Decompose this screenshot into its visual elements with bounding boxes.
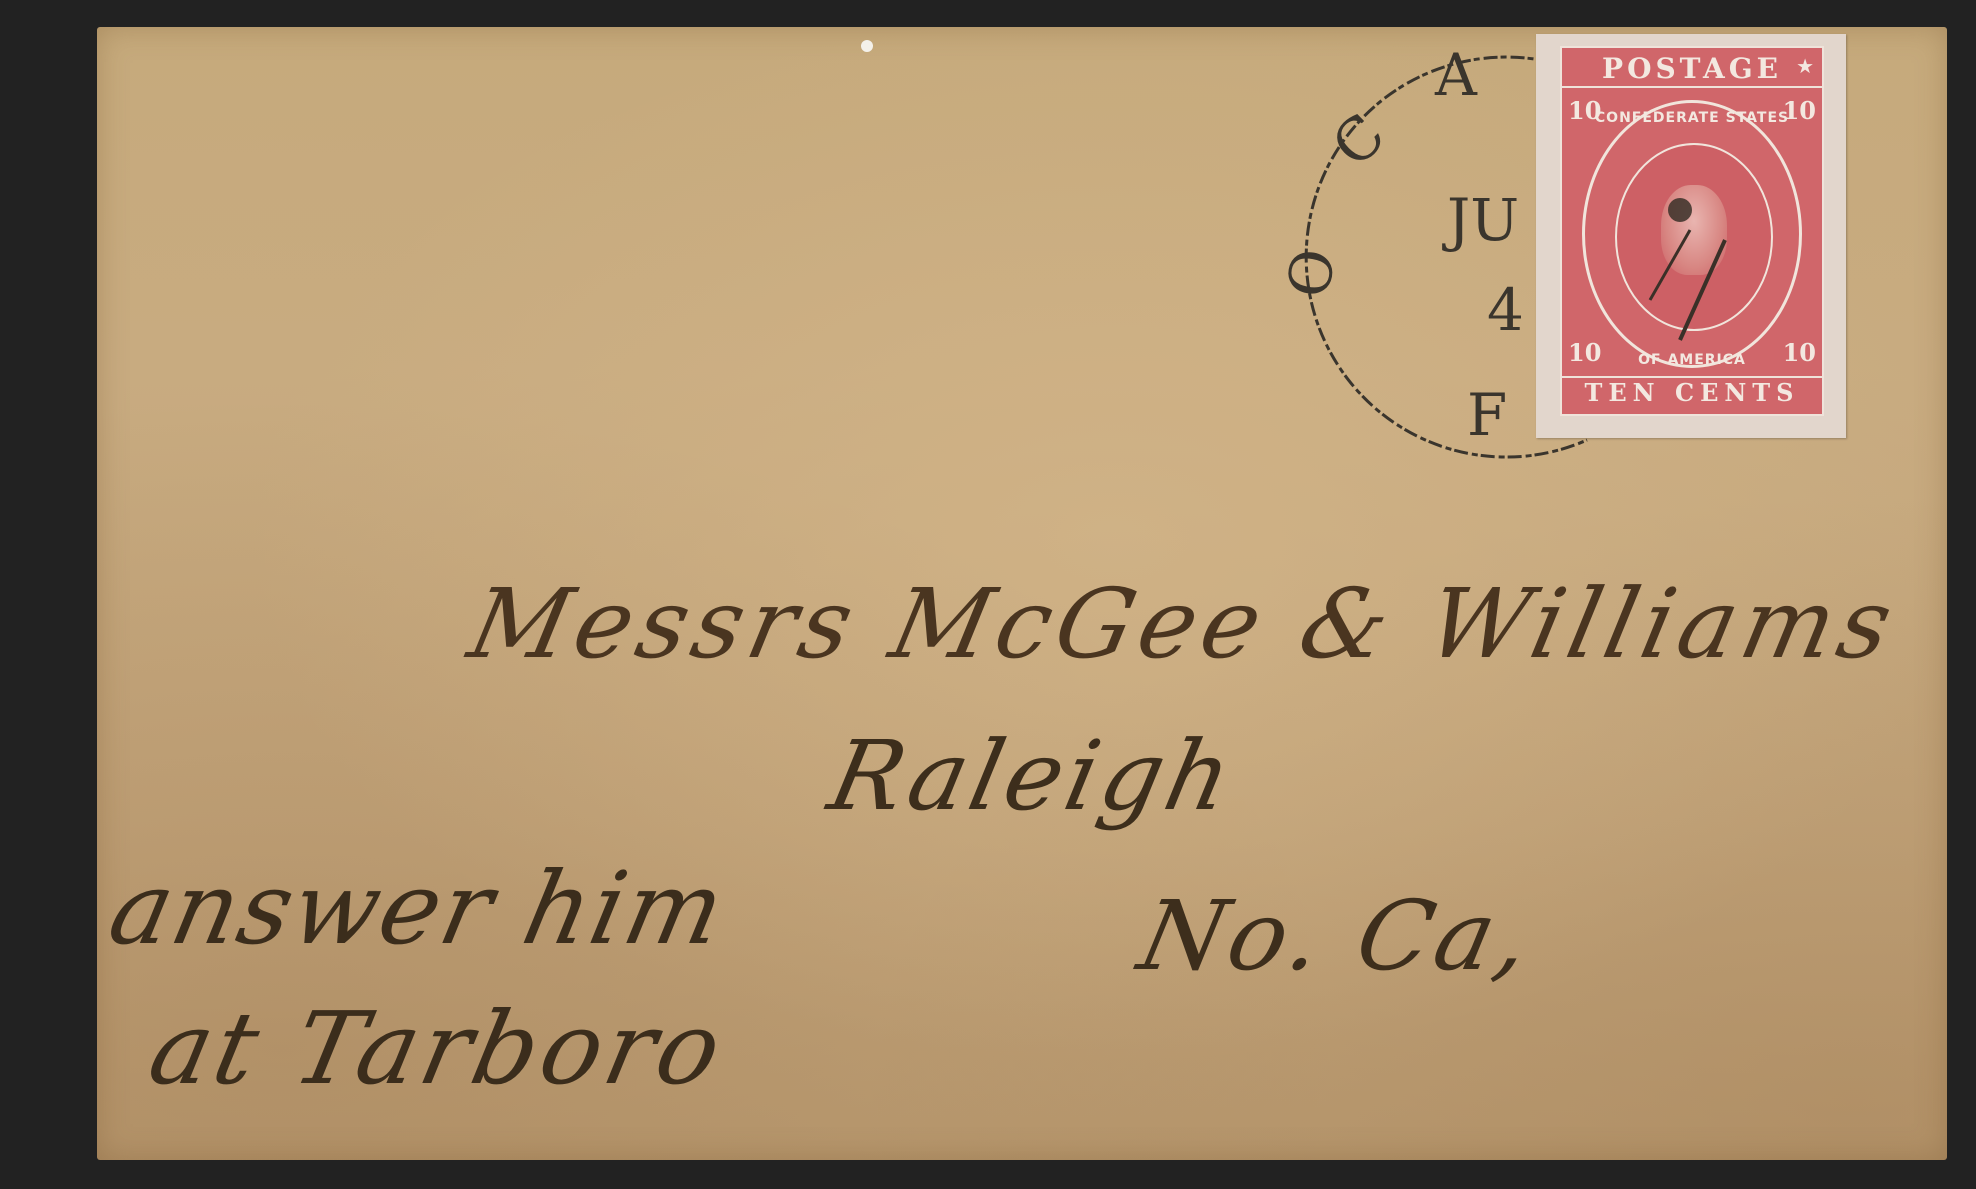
postmark-bottom: F [1467, 381, 1507, 449]
postmark-month: JU [1442, 186, 1519, 254]
address-line-3: No. Ca, [1130, 880, 1544, 992]
postmark-letter-c: C [1319, 100, 1398, 179]
pen-cancel-mark [1630, 180, 1740, 360]
envelope: O C A JU 4 F POSTAGE ★ 10 10 10 10 CONFE… [97, 27, 1947, 1160]
stamp-header: POSTAGE [1562, 52, 1822, 88]
address-line-2: Raleigh [820, 720, 1245, 832]
stamp-top-arc: CONFEDERATE STATES [1562, 110, 1822, 126]
paper-hole [861, 40, 873, 52]
star-icon: ★ [1796, 54, 1814, 78]
postmark-letter-o: O [1274, 244, 1349, 303]
annotation-line-2: at Tarboro [140, 990, 735, 1107]
annotation-line-1: answer him [100, 850, 736, 967]
stamp-denomination: TEN CENTS [1562, 376, 1822, 410]
postmark-day: 4 [1487, 276, 1524, 344]
postmark-letter-a: A [1434, 41, 1478, 109]
address-line-1: Messrs McGee & Williams [460, 568, 1907, 680]
